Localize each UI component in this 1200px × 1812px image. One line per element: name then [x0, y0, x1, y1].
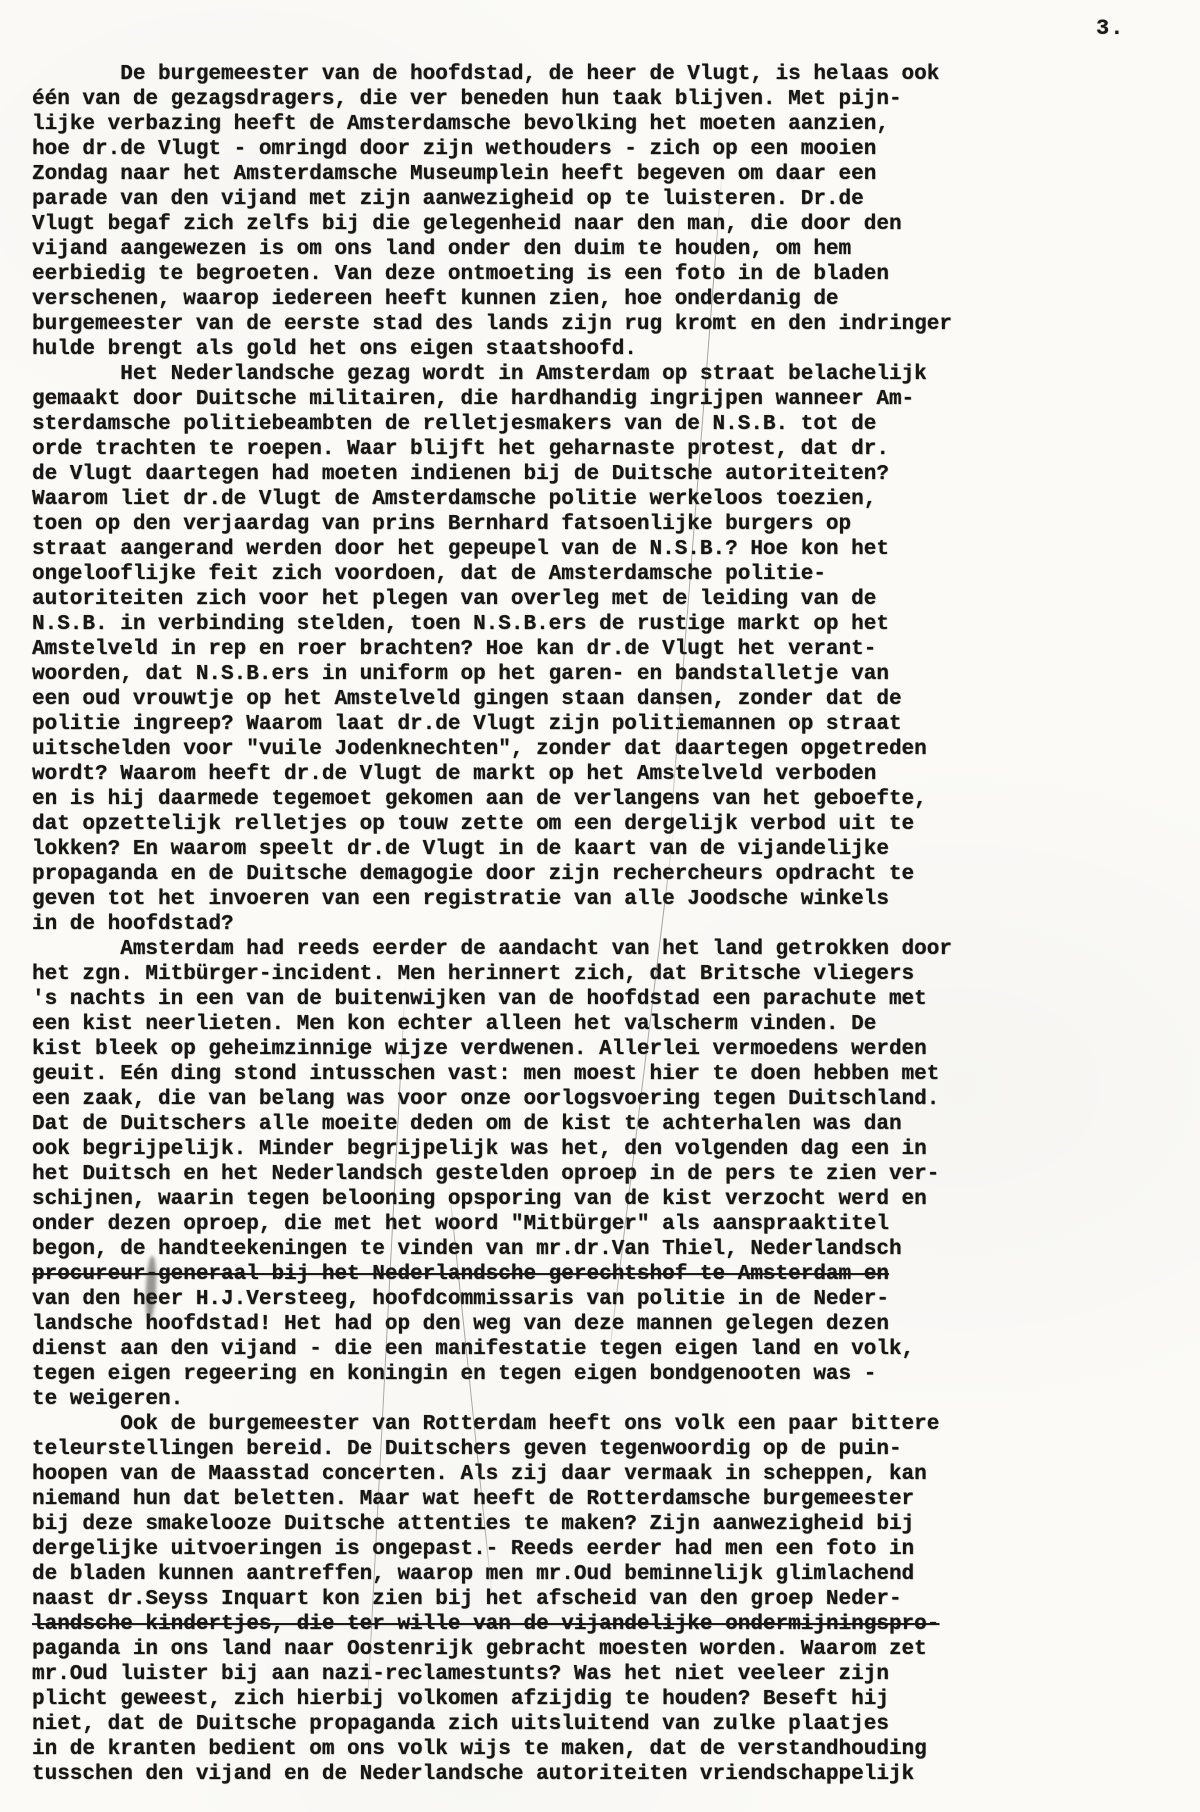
text-line: tusschen den vijand en de Nederlandsche … — [32, 1762, 1172, 1787]
text-line: paganda in ons land naar Oostenrijk gebr… — [32, 1637, 1172, 1662]
text-line: mr.Oud luister bij aan nazi-reclamestunt… — [32, 1662, 1172, 1687]
text-line: propaganda en de Duitsche demagogie door… — [32, 862, 1172, 887]
text-line: dat opzettelijk relletjes op touw zette … — [32, 812, 1172, 837]
text-line: niemand hun dat beletten. Maar wat heeft… — [32, 1487, 1172, 1512]
text-line: bij deze smakelooze Duitsche attenties t… — [32, 1512, 1172, 1537]
text-line: en is hij daarmede tegemoet gekomen aan … — [32, 787, 1172, 812]
text-line: een oud vrouwtje op het Amstelveld ginge… — [32, 687, 1172, 712]
text-line: Amsterdam had reeds eerder de aandacht v… — [32, 937, 1172, 962]
text-line: tegen eigen regeering en koningin en teg… — [32, 1362, 1172, 1387]
text-line: politie ingreep? Waarom laat dr.de Vlugt… — [32, 712, 1172, 737]
text-line: de bladen kunnen aantreffen, waarop men … — [32, 1562, 1172, 1587]
text-line: schijnen, waarin tegen belooning opspori… — [32, 1187, 1172, 1212]
text-line: ongelooflijke feit zich voordoen, dat de… — [32, 562, 1172, 587]
text-line: Amstelveld in rep en roer brachten? Hoe … — [32, 637, 1172, 662]
text-line: woorden, dat N.S.B.ers in uniform op het… — [32, 662, 1172, 687]
text-line: naast dr.Seyss Inquart kon zien bij het … — [32, 1587, 1172, 1612]
text-line: eerbiedig te begroeten. Van deze ontmoet… — [32, 262, 1172, 287]
text-line: het Duitsch en het Nederlandsch gestelde… — [32, 1162, 1172, 1187]
text-line: toen op den verjaardag van prins Bernhar… — [32, 512, 1172, 537]
text-line: parade van den vijand met zijn aanwezigh… — [32, 187, 1172, 212]
text-line: Vlugt begaf zich zelfs bij die gelegenhe… — [32, 212, 1172, 237]
text-line: plicht geweest, zich hierbij volkomen af… — [32, 1687, 1172, 1712]
text-line: verschenen, waarop iedereen heeft kunnen… — [32, 287, 1172, 312]
text-line: onder dezen oproep, die met het woord "M… — [32, 1212, 1172, 1237]
text-line: begon, de handteekeningen te vinden van … — [32, 1237, 1172, 1262]
text-line: het zgn. Mitbürger-incident. Men herinne… — [32, 962, 1172, 987]
text-line: Zondag naar het Amsterdamsche Museumplei… — [32, 162, 1172, 187]
text-line: sterdamsche politiebeambten de relletjes… — [32, 412, 1172, 437]
text-line: lijke verbazing heeft de Amsterdamsche b… — [32, 112, 1172, 137]
text-line: hulde brengt als gold het ons eigen staa… — [32, 337, 1172, 362]
text-line: in de kranten bedient om ons volk wijs t… — [32, 1737, 1172, 1762]
text-line: een kist neerlieten. Men kon echter alle… — [32, 1012, 1172, 1037]
text-line: teleurstellingen bereid. De Duitschers g… — [32, 1437, 1172, 1462]
text-line: ook begrijpelijk. Minder begrijpelijk wa… — [32, 1137, 1172, 1162]
text-line: 's nachts in een van de buitenwijken van… — [32, 987, 1172, 1012]
text-line: niet, dat de Duitsche propaganda zich ui… — [32, 1712, 1172, 1737]
text-line: lokken? En waarom speelt dr.de Vlugt in … — [32, 837, 1172, 862]
text-line: De burgemeester van de hoofdstad, de hee… — [32, 62, 1172, 87]
text-line: een zaak, die van belang was voor onze o… — [32, 1087, 1172, 1112]
text-line: dienst aan den vijand - die een manifest… — [32, 1337, 1172, 1362]
text-line: van den heer H.J.Versteeg, hoofdcommissa… — [32, 1287, 1172, 1312]
text-line: één van de gezagsdragers, die ver benede… — [32, 87, 1172, 112]
text-line: geven tot het invoeren van een registrat… — [32, 887, 1172, 912]
text-line: N.S.B. in verbinding stelden, toen N.S.B… — [32, 612, 1172, 637]
text-line: landsche hoofdstad! Het had op den weg v… — [32, 1312, 1172, 1337]
text-line: wordt? Waarom heeft dr.de Vlugt de markt… — [32, 762, 1172, 787]
page-number: 3. — [1096, 16, 1124, 41]
text-line: Het Nederlandsche gezag wordt in Amsterd… — [32, 362, 1172, 387]
text-line: uitschelden voor "vuile Jodenknechten", … — [32, 737, 1172, 762]
text-line: kist bleek op geheimzinnige wijze verdwe… — [32, 1037, 1172, 1062]
text-line: procureur-generaal bij het Nederlandsche… — [32, 1262, 1172, 1287]
text-line: te weigeren. — [32, 1387, 1172, 1412]
text-line: gemaakt door Duitsche militairen, die ha… — [32, 387, 1172, 412]
text-line: dergelijke uitvoeringen is ongepast.- Re… — [32, 1537, 1172, 1562]
text-line: geuit. Eén ding stond intusschen vast: m… — [32, 1062, 1172, 1087]
text-line: Ook de burgemeester van Rotterdam heeft … — [32, 1412, 1172, 1437]
text-line: de Vlugt daartegen had moeten indienen b… — [32, 462, 1172, 487]
text-line: vijand aangewezen is om ons land onder d… — [32, 237, 1172, 262]
text-body: De burgemeester van de hoofdstad, de hee… — [32, 62, 1172, 1787]
text-line: straat aangerand werden door het gepeupe… — [32, 537, 1172, 562]
text-line: hoe dr.de Vlugt - omringd door zijn weth… — [32, 137, 1172, 162]
text-line: Waarom liet dr.de Vlugt de Amsterdamsche… — [32, 487, 1172, 512]
text-line: burgemeester van de eerste stad des land… — [32, 312, 1172, 337]
text-line: landsche kindertjes, die ter wille van d… — [32, 1612, 1172, 1637]
text-line: Dat de Duitschers alle moeite deden om d… — [32, 1112, 1172, 1137]
text-line: in de hoofdstad? — [32, 912, 1172, 937]
text-line: autoriteiten zich voor het plegen van ov… — [32, 587, 1172, 612]
text-line: orde trachten te roepen. Waar blijft het… — [32, 437, 1172, 462]
text-line: hoopen van de Maasstad concerten. Als zi… — [32, 1462, 1172, 1487]
